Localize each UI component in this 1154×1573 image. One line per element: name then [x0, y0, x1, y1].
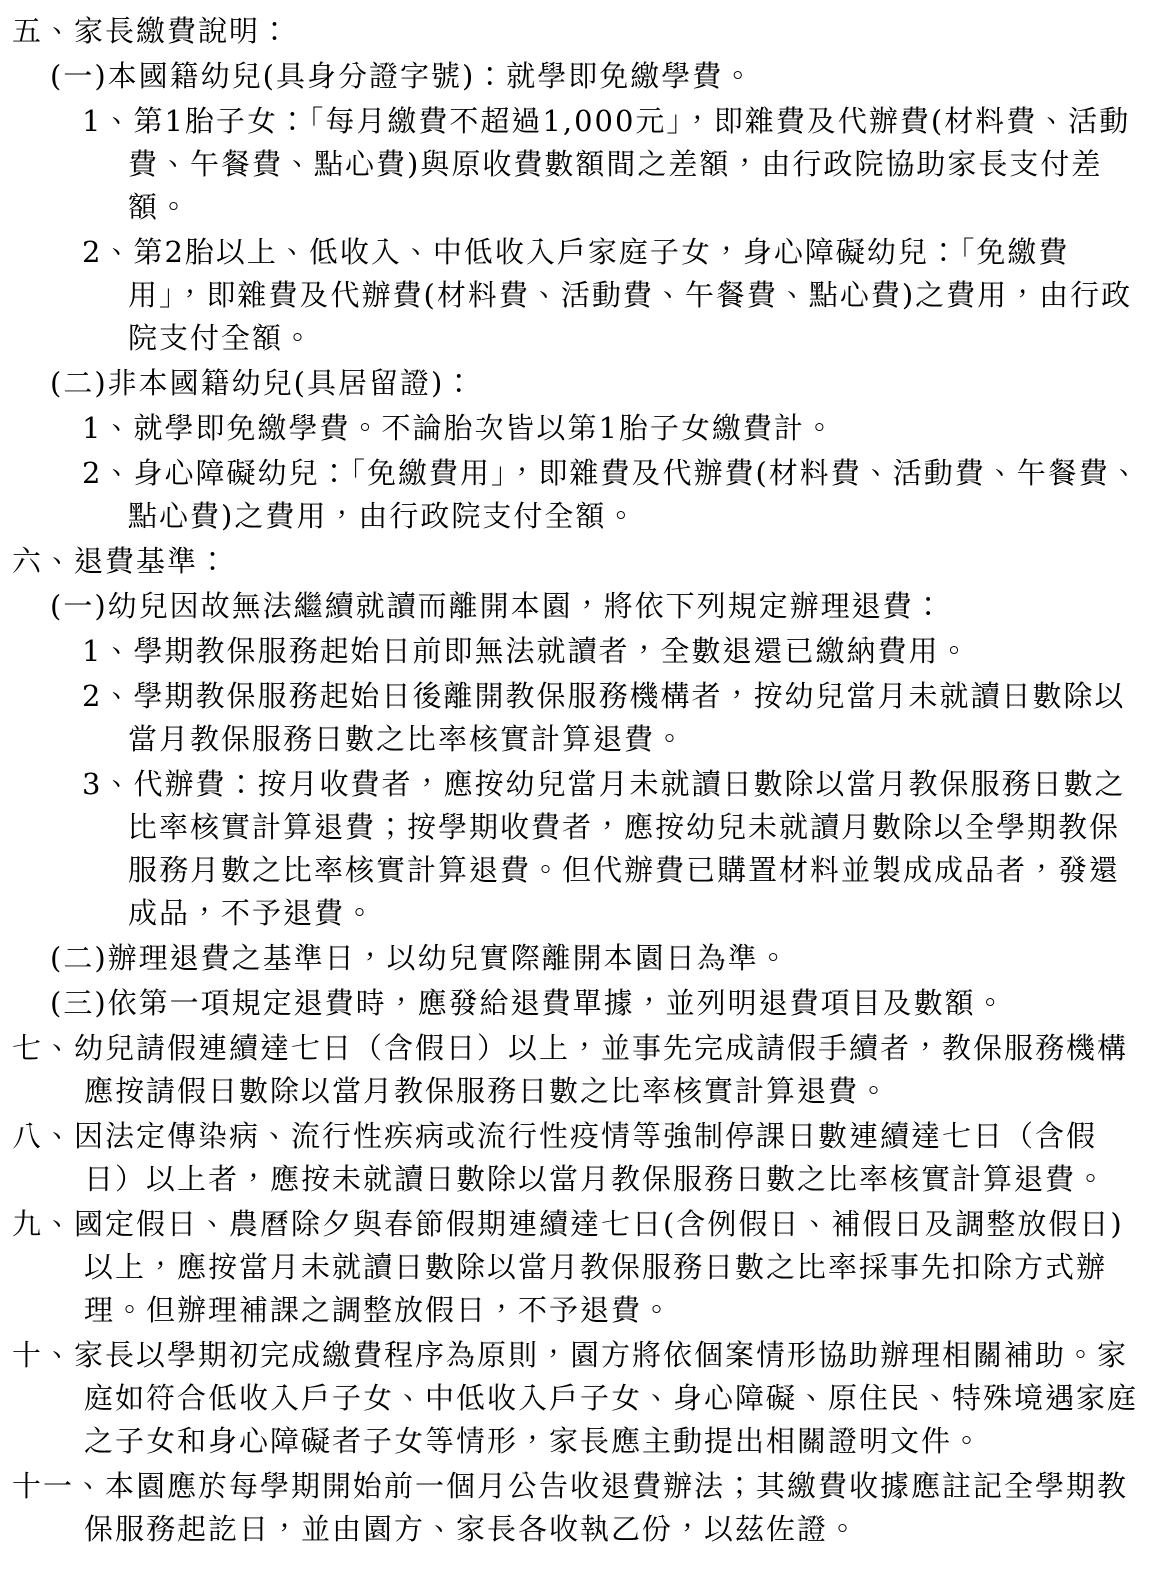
- item-text: 因法定傳染病、流行性疾病或流行性疫情等強制停課日數連續達七日（含假日）以上者，應…: [74, 1119, 1107, 1196]
- item-text: 幼兒請假連續達七日（含假日）以上，並事先完成請假手續者，教保服務機構應按請假日數…: [74, 1031, 1128, 1108]
- section-11: 十一、本園應於每學期開始前一個月公告收退費辦法；其繳費收據應註記全學期教保服務起…: [0, 1465, 1144, 1551]
- item-marker: (一): [50, 59, 108, 93]
- item-marker: 五、: [12, 14, 74, 48]
- section-7: 七、幼兒請假連續達七日（含假日）以上，並事先完成請假手續者，教保服務機構應按請假…: [0, 1027, 1144, 1113]
- item-marker: (一): [50, 589, 108, 623]
- section-5-sub-1-item-2: 2、第2胎以上、低收入、中低收入戶家庭子女，身心障礙幼兒：「免繳費用」，即雜費及…: [0, 231, 1144, 360]
- item-marker: 2、: [82, 679, 133, 713]
- section-6-sub-1-item-1: 1、學期教保服務起始日前即無法就讀者，全數退還已繳納費用。: [0, 630, 1144, 673]
- section-5-sub-1-item-1: 1、第1胎子女：「每月繳費不超過1,000元」，即雜費及代辦費(材料費、活動費、…: [0, 100, 1144, 229]
- section-9: 九、國定假日、農曆除夕與春節假期連續達七日(含例假日、補假日及調整放假日)以上，…: [0, 1203, 1144, 1332]
- item-marker: 1、: [82, 411, 133, 445]
- item-text: 學期教保服務起始日前即無法就讀者，全數退還已繳納費用。: [133, 634, 970, 668]
- section-8: 八、因法定傳染病、流行性疾病或流行性疫情等強制停課日數連續達七日（含假日）以上者…: [0, 1115, 1144, 1201]
- section-6-sub-3: (三)依第一項規定退費時，應發給退費單據，並列明退費項目及數額。: [0, 982, 1144, 1025]
- item-marker: (三): [50, 986, 108, 1020]
- item-marker: 2、: [82, 235, 133, 269]
- item-marker: 七、: [12, 1031, 74, 1065]
- section-5-sub-2-item-2: 2、身心障礙幼兒：「免繳費用」，即雜費及代辦費(材料費、活動費、午餐費、點心費)…: [0, 452, 1144, 538]
- item-text: 代辦費：按月收費者，應按幼兒當月未就讀日數除以當月教保服務日數之比率核實計算退費…: [128, 767, 1125, 930]
- item-marker: 六、: [12, 544, 74, 578]
- section-6-sub-2: (二)辦理退費之基準日，以幼兒實際離開本園日為準。: [0, 937, 1144, 980]
- item-text: 學期教保服務起始日後離開教保服務機構者，按幼兒當月未就讀日數除以當月教保服務日數…: [128, 679, 1125, 756]
- section-5-sub-2-item-1: 1、就學即免繳學費。不論胎次皆以第1胎子女繳費計。: [0, 407, 1144, 450]
- item-text: 第2胎以上、低收入、中低收入戶家庭子女，身心障礙幼兒：「免繳費用」，即雜費及代辦…: [128, 235, 1132, 355]
- item-text: 就學即免繳學費。不論胎次皆以第1胎子女繳費計。: [133, 411, 835, 445]
- item-text: 第1胎子女：「每月繳費不超過1,000元」，即雜費及代辦費(材料費、活動費、午餐…: [128, 104, 1130, 224]
- item-text: 家長繳費說明：: [74, 14, 291, 48]
- item-marker: (二): [50, 941, 108, 975]
- item-marker: (二): [50, 366, 108, 400]
- item-marker: 十一、: [12, 1469, 105, 1503]
- item-text: 非本國籍幼兒(具居留證)：: [108, 366, 476, 400]
- item-text: 辦理退費之基準日，以幼兒實際離開本園日為準。: [108, 941, 790, 975]
- section-5-sub-1: (一)本國籍幼兒(具身分證字號)：就學即免繳學費。: [0, 55, 1144, 98]
- section-5-sub-2: (二)非本國籍幼兒(具居留證)：: [0, 362, 1144, 405]
- item-marker: 2、: [82, 456, 133, 490]
- item-text: 本園應於每學期開始前一個月公告收退費辦法；其繳費收據應註記全學期教保服務起訖日，…: [84, 1469, 1128, 1546]
- document-page: 五、家長繳費說明： (一)本國籍幼兒(具身分證字號)：就學即免繳學費。 1、第1…: [0, 0, 1154, 1573]
- item-text: 家長以學期初完成繳費程序為原則，園方將依個案情形協助辦理相關補助。家庭如符合低收…: [74, 1338, 1138, 1458]
- section-10: 十、家長以學期初完成繳費程序為原則，園方將依個案情形協助辦理相關補助。家庭如符合…: [0, 1334, 1144, 1463]
- item-text: 本國籍幼兒(具身分證字號)：就學即免繳學費。: [108, 59, 755, 93]
- item-text: 身心障礙幼兒：「免繳費用」，即雜費及代辦費(材料費、活動費、午餐費、點心費)之費…: [128, 456, 1141, 533]
- section-6-sub-1-item-2: 2、學期教保服務起始日後離開教保服務機構者，按幼兒當月未就讀日數除以當月教保服務…: [0, 675, 1144, 761]
- item-text: 退費基準：: [74, 544, 229, 578]
- item-marker: 3、: [82, 767, 133, 801]
- item-marker: 八、: [12, 1119, 74, 1153]
- item-marker: 十、: [12, 1338, 74, 1372]
- section-6-heading: 六、退費基準：: [0, 540, 1144, 583]
- section-6-sub-1-item-3: 3、代辦費：按月收費者，應按幼兒當月未就讀日數除以當月教保服務日數之比率核實計算…: [0, 763, 1144, 935]
- item-text: 依第一項規定退費時，應發給退費單據，並列明退費項目及數額。: [108, 986, 1007, 1020]
- item-text: 幼兒因故無法繼續就讀而離開本園，將依下列規定辦理退費：: [108, 589, 945, 623]
- item-marker: 1、: [82, 104, 133, 138]
- section-5-heading: 五、家長繳費說明：: [0, 10, 1144, 53]
- section-6-sub-1: (一)幼兒因故無法繼續就讀而離開本園，將依下列規定辦理退費：: [0, 585, 1144, 628]
- item-text: 國定假日、農曆除夕與春節假期連續達七日(含例假日、補假日及調整放假日)以上，應按…: [74, 1207, 1124, 1327]
- item-marker: 九、: [12, 1207, 74, 1241]
- item-marker: 1、: [82, 634, 133, 668]
